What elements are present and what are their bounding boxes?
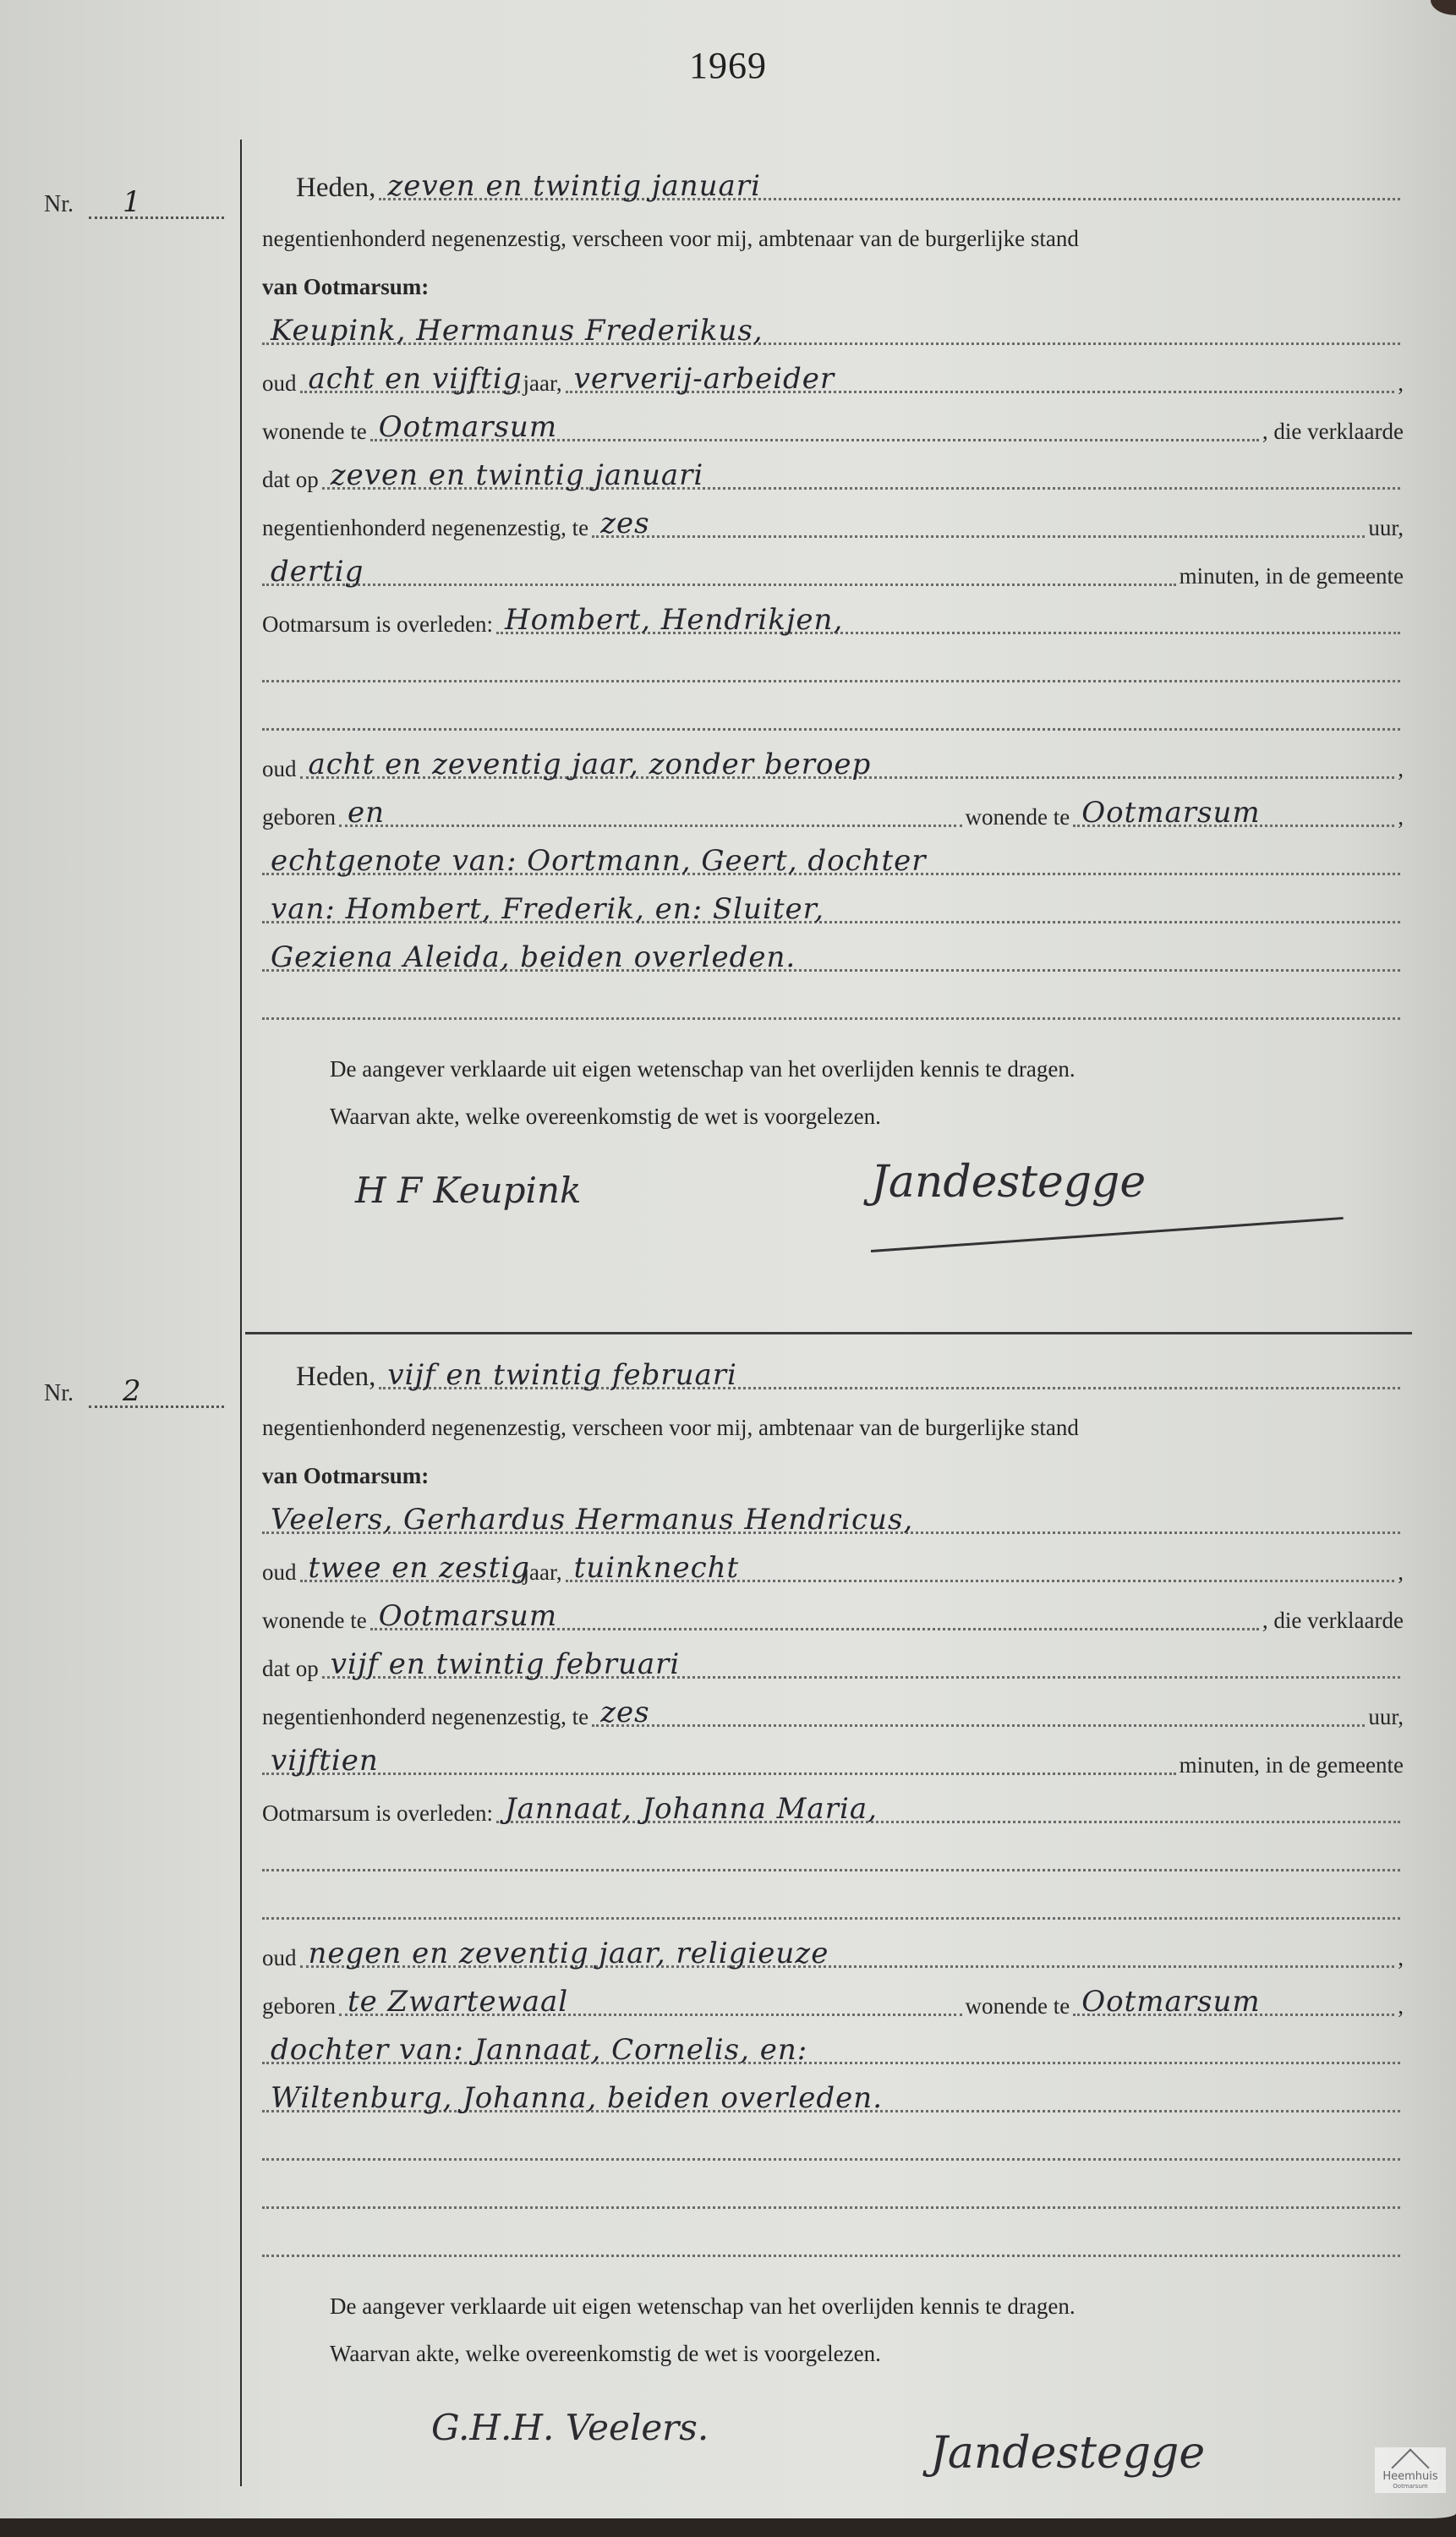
verklaarde-label: , die verklaarde	[1262, 1608, 1404, 1639]
death-record-2: Heden, vijf en twintig februari negentie…	[262, 1350, 1404, 2504]
line-declarant-residence: wonende te Ootmarsum , die verklaarde	[262, 402, 1404, 450]
blank-line	[262, 691, 1404, 739]
nr-value: 1	[89, 188, 224, 219]
line-municipality: van Ootmarsum:	[262, 257, 1404, 305]
deceased-age-occupation: acht en zeventig jaar, zonder beroep	[300, 748, 872, 781]
akte-text: Waarvan akte, welke overeenkomstig de we…	[330, 2330, 1404, 2377]
line-born: geboren te Zwartewaal wonende te Ootmars…	[262, 1976, 1404, 2025]
record-date: vijf en twintig februari	[379, 1358, 737, 1392]
deceased-residence: Ootmarsum	[1073, 1985, 1260, 2019]
overleden-label: Ootmarsum is overleden:	[262, 611, 493, 643]
municipality-text: van Ootmarsum:	[262, 274, 429, 305]
relation-text: Geziena Aleida, beiden overleden.	[262, 940, 796, 974]
line-declarant-age: oud twee en zestig jaar, tuinknecht ,	[262, 1542, 1404, 1591]
line-official: negentienhonderd negenenzestig, verschee…	[262, 1398, 1404, 1446]
death-minutes: dertig	[262, 555, 364, 589]
line-date: Heden, vijf en twintig februari	[262, 1350, 1404, 1398]
year-te-label: negentienhonderd negenenzestig, te	[262, 1704, 588, 1735]
signature-flourish	[871, 1217, 1344, 1252]
blank-line	[262, 980, 1404, 1028]
declaration-block: De aangever verklaarde uit eigen wetensc…	[262, 2282, 1404, 2377]
entry-number-2: Nr. 2	[44, 1377, 224, 1408]
line-deceased-name: Ootmarsum is overleden: Hombert, Hendrik…	[262, 595, 1404, 643]
declarant-occupation: ververij-arbeider	[566, 362, 835, 396]
book-edge	[1431, 0, 1456, 15]
death-date: vijf en twintig februari	[322, 1647, 681, 1681]
watermark-brand: Heemhuis	[1382, 2470, 1437, 2483]
blank-line	[262, 1832, 1404, 1880]
line-deceased-age: oud negen en zeventig jaar, religieuze ,	[262, 1928, 1404, 1976]
signature-official: Jandestegge	[871, 1157, 1146, 1208]
year-te-label: negentienhonderd negenenzestig, te	[262, 515, 588, 546]
declaration-text: De aangever verklaarde uit eigen wetensc…	[330, 2282, 1404, 2330]
nr-value: 2	[89, 1377, 224, 1408]
wonende-label: wonende te	[966, 1993, 1070, 2025]
blank-line	[262, 2169, 1404, 2217]
nr-label: Nr.	[44, 1380, 74, 1407]
relation-text: Wiltenburg, Johanna, beiden overleden.	[262, 2081, 883, 2115]
deceased-name: Hombert, Hendrikjen,	[496, 603, 843, 637]
signature-declarant: H F Keupink	[355, 1170, 581, 1211]
line-born: geboren en wonende te Ootmarsum ,	[262, 787, 1404, 836]
line-death-date: dat op zeven en twintig januari	[262, 450, 1404, 498]
signatures: G.H.H. Veelers. Jandestegge	[262, 2377, 1404, 2504]
minuten-label: minuten, in de gemeente	[1180, 563, 1404, 595]
signature-official: Jandestegge	[930, 2428, 1205, 2479]
declarant-age: twee en zestig	[300, 1551, 530, 1585]
heden-label: Heden,	[296, 173, 375, 209]
line-declarant-age: oud acht en vijftig jaar, ververij-arbei…	[262, 353, 1404, 402]
born-place: en	[339, 796, 385, 830]
line-death-minutes: vijftien minuten, in de gemeente	[262, 1735, 1404, 1784]
entry-number-1: Nr. 1	[44, 188, 224, 219]
death-minutes: vijftien	[262, 1744, 379, 1778]
oud-label: oud	[262, 756, 297, 787]
blank-line	[262, 643, 1404, 691]
declarant-residence: Ootmarsum	[370, 410, 557, 444]
relation-text: dochter van: Jannaat, Cornelis, en:	[262, 2033, 807, 2067]
line-deceased-age: oud acht en zeventig jaar, zonder beroep…	[262, 739, 1404, 787]
geboren-label: geboren	[262, 1993, 336, 2025]
register-page: 1969 Nr. 1 Heden, zeven en twintig janua…	[0, 0, 1456, 2518]
dat-op-label: dat op	[262, 1656, 319, 1687]
line-death-minutes: dertig minuten, in de gemeente	[262, 546, 1404, 595]
line-relation: Geziena Aleida, beiden overleden.	[262, 932, 1404, 980]
oud-label: oud	[262, 370, 297, 402]
page-year: 1969	[0, 44, 1456, 87]
death-hour: zes	[592, 507, 649, 540]
deceased-name: Jannaat, Johanna Maria,	[496, 1792, 878, 1826]
death-record-1: Heden, zeven en twintig januari negentie…	[262, 161, 1404, 1267]
blank-line	[262, 2217, 1404, 2266]
signature-declarant: G.H.H. Veelers.	[431, 2407, 709, 2448]
overleden-label: Ootmarsum is overleden:	[262, 1800, 493, 1832]
deceased-age-occupation: negen en zeventig jaar, religieuze	[300, 1937, 829, 1970]
line-deceased-name: Ootmarsum is overleden: Jannaat, Johanna…	[262, 1784, 1404, 1832]
declarant-name: Veelers, Gerhardus Hermanus Hendricus,	[262, 1503, 913, 1537]
official-text: negentienhonderd negenenzestig, verschee…	[262, 226, 1079, 257]
declarant-occupation: tuinknecht	[566, 1551, 740, 1585]
record-date: zeven en twintig januari	[379, 169, 761, 203]
born-place: te Zwartewaal	[339, 1985, 568, 2019]
line-relation: Wiltenburg, Johanna, beiden overleden.	[262, 2073, 1404, 2121]
heemhuis-watermark: Heemhuis Ootmarsum	[1375, 2447, 1446, 2493]
oud-label: oud	[262, 1945, 297, 1976]
line-municipality: van Ootmarsum:	[262, 1446, 1404, 1494]
line-official: negentienhonderd negenenzestig, verschee…	[262, 209, 1404, 257]
deceased-residence: Ootmarsum	[1073, 796, 1260, 830]
verklaarde-label: , die verklaarde	[1262, 419, 1404, 450]
line-relation: dochter van: Jannaat, Cornelis, en:	[262, 2025, 1404, 2073]
entry-separator	[245, 1332, 1412, 1334]
line-relation: echtgenote van: Oortmann, Geert, dochter	[262, 836, 1404, 884]
wonende-label: wonende te	[262, 1608, 367, 1639]
heden-label: Heden,	[296, 1362, 375, 1398]
dat-op-label: dat op	[262, 467, 319, 498]
official-text: negentienhonderd negenenzestig, verschee…	[262, 1415, 1079, 1446]
declarant-residence: Ootmarsum	[370, 1599, 557, 1633]
death-hour: zes	[592, 1696, 649, 1729]
blank-line	[262, 1880, 1404, 1928]
line-death-date: dat op vijf en twintig februari	[262, 1639, 1404, 1687]
line-declarant-residence: wonende te Ootmarsum , die verklaarde	[262, 1591, 1404, 1639]
declaration-text: De aangever verklaarde uit eigen wetensc…	[330, 1045, 1404, 1093]
blank-line	[262, 2121, 1404, 2169]
line-declarant-name: Keupink, Hermanus Frederikus,	[262, 305, 1404, 353]
signatures: H F Keupink Jandestegge	[262, 1140, 1404, 1267]
declaration-block: De aangever verklaarde uit eigen wetensc…	[262, 1045, 1404, 1140]
oud-label: oud	[262, 1559, 297, 1591]
minuten-label: minuten, in de gemeente	[1180, 1752, 1404, 1784]
jaar-label: jaar,	[523, 370, 562, 402]
wonende-label: wonende te	[966, 804, 1070, 836]
relation-text: echtgenote van: Oortmann, Geert, dochter	[262, 844, 927, 878]
line-relation: van: Hombert, Frederik, en: Sluiter,	[262, 884, 1404, 932]
akte-text: Waarvan akte, welke overeenkomstig de we…	[330, 1093, 1404, 1140]
line-declarant-name: Veelers, Gerhardus Hermanus Hendricus,	[262, 1494, 1404, 1542]
line-death-hour: negentienhonderd negenenzestig, te zes u…	[262, 1687, 1404, 1735]
declarant-name: Keupink, Hermanus Frederikus,	[262, 314, 764, 348]
line-death-hour: negentienhonderd negenenzestig, te zes u…	[262, 498, 1404, 546]
line-date: Heden, zeven en twintig januari	[262, 161, 1404, 209]
uur-label: uur,	[1368, 515, 1404, 546]
wonende-label: wonende te	[262, 419, 367, 450]
nr-label: Nr.	[44, 191, 74, 218]
geboren-label: geboren	[262, 804, 336, 836]
uur-label: uur,	[1368, 1704, 1404, 1735]
municipality-text: van Ootmarsum:	[262, 1463, 429, 1494]
relation-text: van: Hombert, Frederik, en: Sluiter,	[262, 892, 824, 926]
death-date: zeven en twintig januari	[322, 458, 704, 492]
declarant-age: acht en vijftig	[300, 362, 523, 396]
margin-rule	[240, 140, 242, 2486]
